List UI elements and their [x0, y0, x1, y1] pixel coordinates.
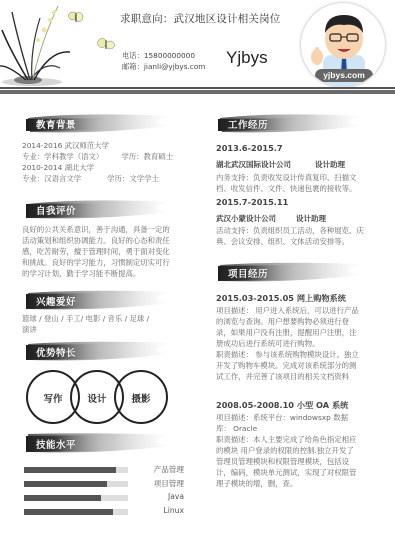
section-title-strengths: 优势特长 [22, 340, 172, 362]
header-divider-thin [0, 87, 395, 89]
hobbies-list: 篮球 / 登山 / 手工/ 电影 / 音乐 / 足球 / 演讲 [22, 313, 149, 335]
skills-list: 产品管理 项目管理 Java Linux [24, 464, 184, 520]
avatar: yjbys.com [300, 2, 386, 88]
project-description: 项目描述： 用户进入系统后，可以进行产品 的浏览与查询。用户想要购物必须进行登 … [216, 305, 359, 382]
contact-info: 电话：15800000000 邮箱：jianli@yjbys.com [122, 50, 205, 72]
butterfly-icon [68, 10, 84, 24]
education-detail: 专业：学科教学（语文）学历：教育硕士 [22, 151, 173, 162]
section-label: 工作经历 [228, 117, 268, 131]
job-description: 内务支持：负责收发设计传真复印、扫描文 档、收发信件、文件、快递包裹的接收等。 [216, 172, 356, 194]
phone: 电话：15800000000 [122, 50, 205, 61]
section-title-self-evaluation: 自我评价 [22, 198, 172, 220]
section-title-education: 教育背景 [22, 112, 172, 134]
resume-header: 求职意向：武汉地区设计相关岗位 电话：15800000000 邮箱：jianli… [0, 0, 395, 96]
skill-row: 产品管理 [24, 464, 184, 478]
section-title-hobbies: 兴趣爱好 [22, 289, 172, 311]
skill-row: 项目管理 [24, 478, 184, 492]
skill-bar-fill [24, 481, 107, 487]
job-date: 2013.6-2015.7 [216, 143, 283, 153]
skill-row: Linux [24, 506, 184, 520]
skill-bar-track [24, 467, 128, 473]
section-label: 项目经历 [228, 266, 268, 280]
strength-circle: 摄影 [114, 370, 168, 424]
skill-name: 产品管理 [154, 464, 184, 475]
section-title-work: 工作经历 [214, 112, 364, 134]
project-description: 项目描述：系统平台：windowsxp 数据 库： Oracle 职责描述：本人… [216, 412, 356, 489]
job-date: 2015.7-2015.11 [216, 197, 288, 207]
job-intent: 求职意向：武汉地区设计相关岗位 [120, 11, 281, 26]
section-title-projects: 项目经历 [214, 261, 364, 283]
section-label: 自我评价 [36, 203, 76, 217]
project-heading: 2008.05-2008.10 小型 OA 系统 [216, 400, 348, 411]
job-role: 设计助理 [296, 214, 326, 223]
skill-bar-fill [24, 495, 101, 501]
skill-row: Java [24, 492, 184, 506]
section-label: 优势特长 [36, 345, 76, 359]
avatar-badge: yjbys.com [315, 70, 373, 80]
skill-bar-fill [24, 467, 116, 473]
job-company: 武汉小蒙设计公司设计助理 [216, 213, 326, 224]
butterfly-icon [97, 37, 115, 51]
education-entry: 2010-2014 湖北大学 [22, 162, 173, 173]
education-entry: 2014-2016 武汉师范大学 [22, 140, 173, 151]
skill-bar-track [24, 481, 128, 487]
skill-name: Java [168, 492, 184, 501]
job-company: 湖北武汉国际设计公司设计助理 [216, 159, 345, 170]
section-label: 技能水平 [36, 437, 76, 451]
self-evaluation-text: 良好的公共关系意识，善于沟通，具备一定的 活动策划和组织协调能力。良好的心态和责… [22, 224, 170, 279]
skill-bar-track [24, 495, 128, 501]
job-description: 活动支持：负责组织员工活动，各种展览、庆 典、会议安排、组织、文体活动安排等。 [216, 225, 364, 247]
section-label: 教育背景 [36, 117, 76, 131]
education-detail: 专业：汉语言文学学历：文学学士 [22, 173, 173, 184]
section-title-skills: 技能水平 [22, 432, 172, 454]
header-divider-thick [0, 90, 395, 94]
skill-name: Linux [164, 506, 184, 515]
project-heading: 2015.03-2015.05 网上购物系统 [216, 293, 346, 304]
candidate-name: Yjbys [226, 48, 268, 68]
strengths-circles: 写作 设计 摄影 [24, 370, 164, 426]
skill-name: 项目管理 [154, 478, 184, 489]
email: 邮箱：jianli@yjbys.com [122, 61, 205, 72]
section-label: 兴趣爱好 [36, 294, 76, 308]
job-role: 设计助理 [315, 160, 345, 169]
skill-bar-track [24, 509, 128, 515]
skill-bar-fill [24, 509, 113, 515]
education-list: 2014-2016 武汉师范大学 专业：学科教学（语文）学历：教育硕士 2010… [22, 140, 173, 184]
